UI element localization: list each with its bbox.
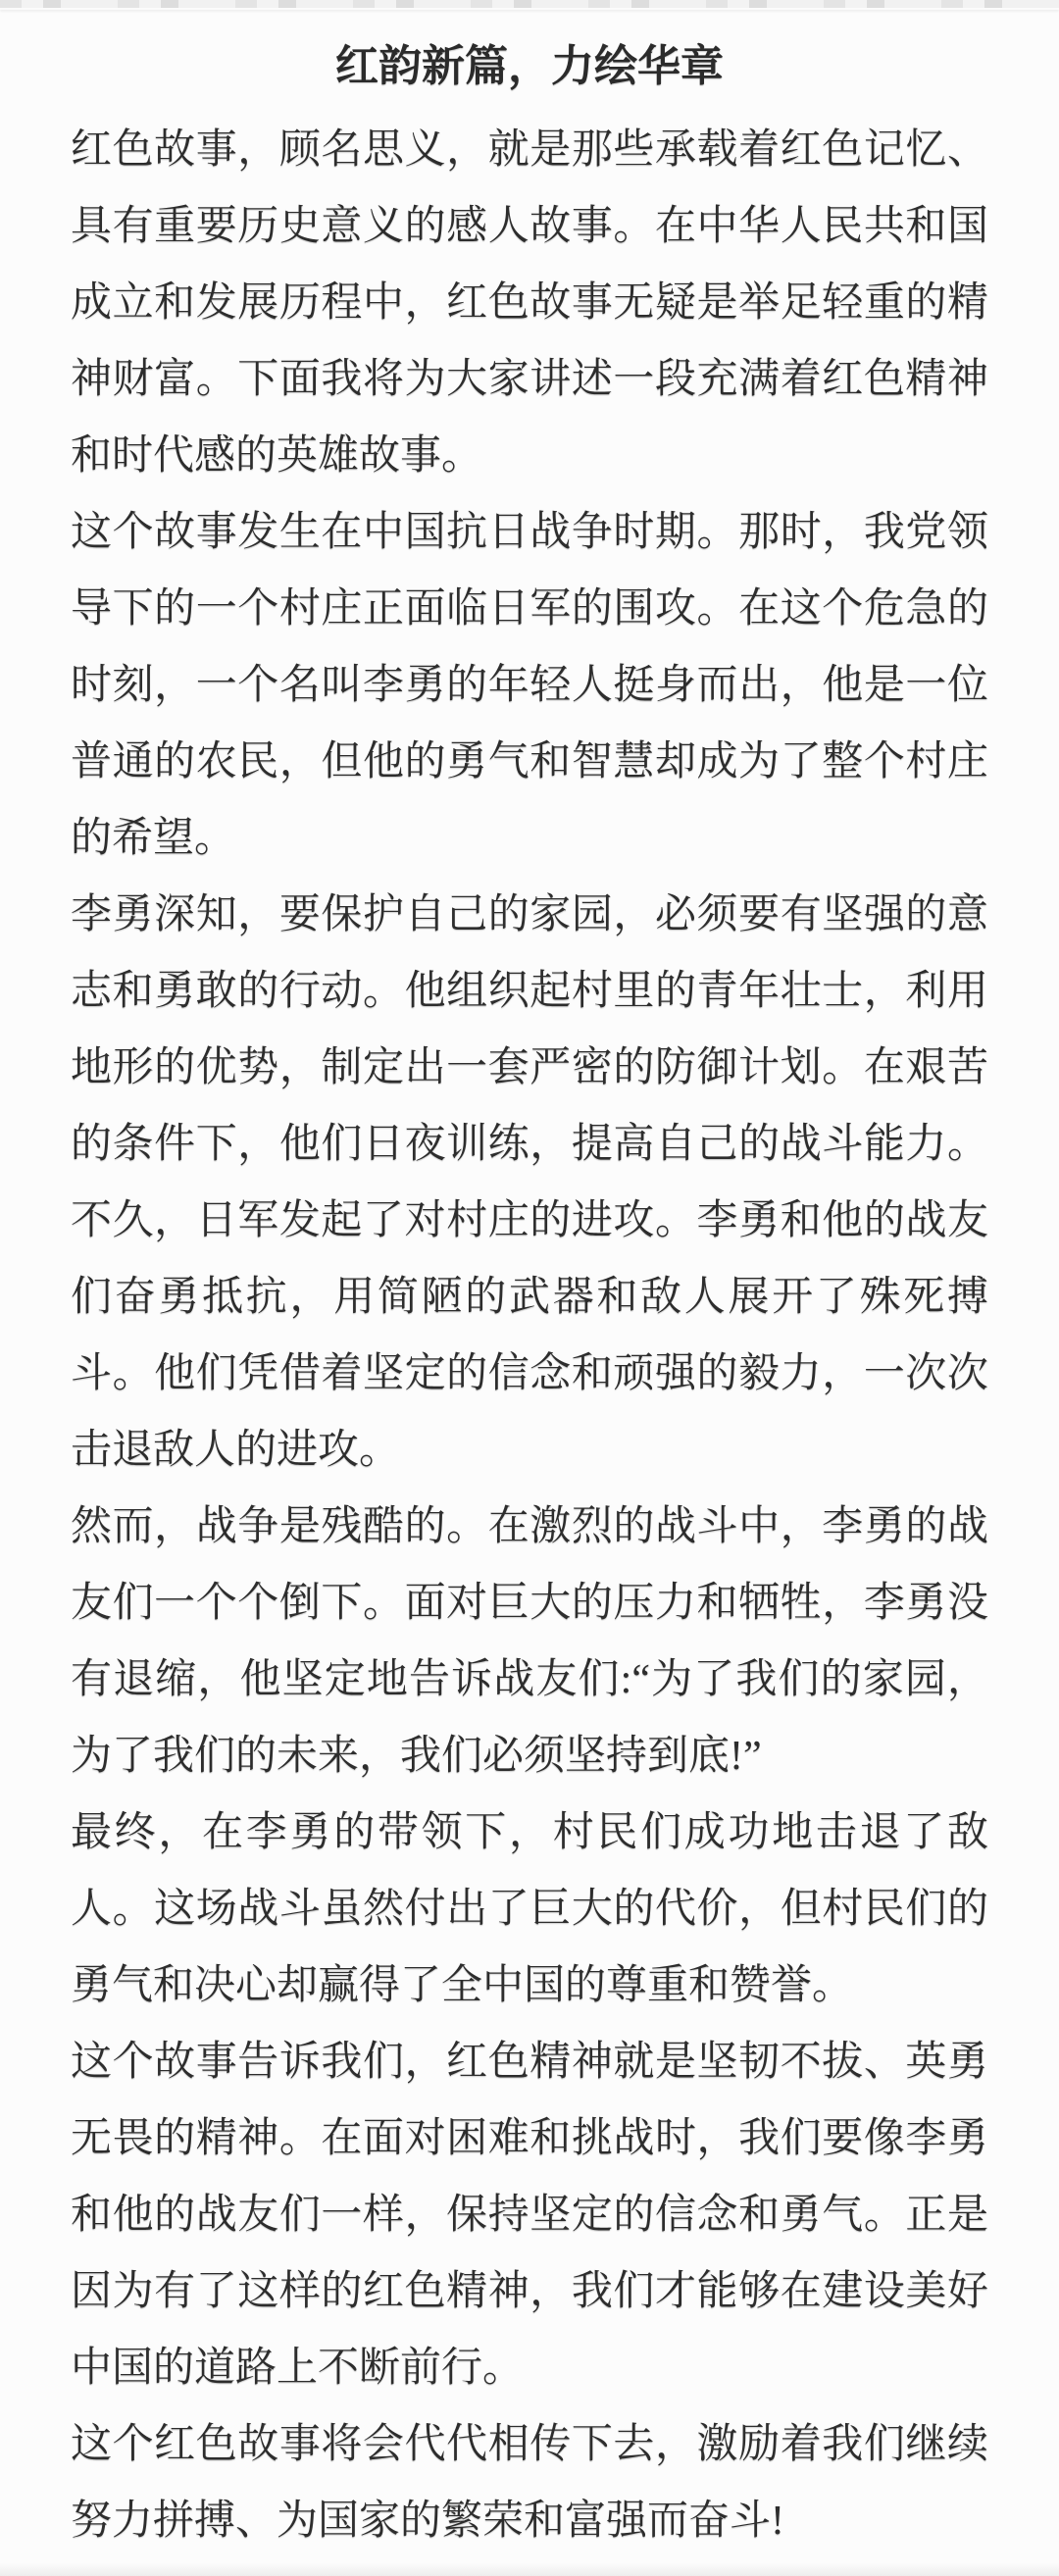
text-line: 成立和发展历程中，红色故事无疑是举足轻重的精 [71, 265, 988, 341]
text-line: 友们一个个倒下。面对巨大的压力和牺牲，李勇没 [71, 1565, 988, 1642]
text-line: 和时代感的英雄故事。 [71, 418, 988, 494]
paragraph-6: 最终，在李勇的带领下，村民们成功地击退了敌 人。这场战斗虽然付出了巨大的代价，但… [71, 1794, 988, 2024]
paragraph-1: 红色故事，顾名思义，就是那些承载着红色记忆、 具有重要历史意义的感人故事。在中华… [71, 112, 988, 494]
text-line: 这个故事告诉我们，红色精神就是坚韧不拔、英勇 [71, 2024, 988, 2100]
text-line: 导下的一个村庄正面临日军的围攻。在这个危急的 [71, 571, 988, 647]
paragraph-8: 这个红色故事将会代代相传下去，激励着我们继续 努力拼搏、为国家的繁荣和富强而奋斗… [71, 2406, 988, 2559]
text-line: 击退敌人的进攻。 [71, 1412, 988, 1489]
text-line: 不久，日军发起了对村庄的进攻。李勇和他的战友 [71, 1183, 988, 1259]
text-line: 们奋勇抵抗，用简陋的武器和敌人展开了殊死搏 [71, 1259, 988, 1336]
essay-title: 红韵新篇，力绘华章 [71, 37, 988, 96]
text-line: 具有重要历史意义的感人故事。在中华人民共和国 [71, 188, 988, 265]
text-line: 地形的优势，制定出一套严密的防御计划。在艰苦 [71, 1030, 988, 1106]
text-line: 时刻，一个名叫李勇的年轻人挺身而出，他是一位 [71, 647, 988, 724]
text-line: 和他的战友们一样，保持坚定的信念和勇气。正是 [71, 2177, 988, 2253]
text-line: 神财富。下面我将为大家讲述一段充满着红色精神 [71, 341, 988, 418]
text-line: 的希望。 [71, 800, 988, 877]
text-line: 红色故事，顾名思义，就是那些承载着红色记忆、 [71, 112, 988, 188]
text-line: 的条件下，他们日夜训练，提高自己的战斗能力。 [71, 1106, 988, 1183]
text-line: 普通的农民，但他的勇气和智慧却成为了整个村庄 [71, 724, 988, 800]
text-line: 勇气和决心却赢得了全中国的尊重和赞誉。 [71, 1947, 988, 2024]
text-line: 努力拼搏、为国家的繁荣和富强而奋斗! [71, 2483, 988, 2559]
text-line: 无畏的精神。在面对困难和挑战时，我们要像李勇 [71, 2100, 988, 2177]
page-bottom-edge [0, 2562, 1059, 2576]
text-line: 斗。他们凭借着坚定的信念和顽强的毅力，一次次 [71, 1336, 988, 1412]
text-line: 最终，在李勇的带领下，村民们成功地击退了敌 [71, 1794, 988, 1871]
text-line: 志和勇敢的行动。他组织起村里的青年壮士，利用 [71, 953, 988, 1030]
text-line: 李勇深知，要保护自己的家园，必须要有坚强的意 [71, 877, 988, 953]
paragraph-2: 这个故事发生在中国抗日战争时期。那时，我党领 导下的一个村庄正面临日军的围攻。在… [71, 494, 988, 877]
essay-body: 红色故事，顾名思义，就是那些承载着红色记忆、 具有重要历史意义的感人故事。在中华… [71, 112, 988, 2559]
document-page: 红韵新篇，力绘华章 红色故事，顾名思义，就是那些承载着红色记忆、 具有重要历史意… [0, 0, 1059, 2576]
page-top-edge-texture [0, 0, 1059, 10]
paragraph-3: 李勇深知，要保护自己的家园，必须要有坚强的意 志和勇敢的行动。他组织起村里的青年… [71, 877, 988, 1183]
text-line: 有退缩，他坚定地告诉战友们:“为了我们的家园， [71, 1642, 988, 1718]
text-line: 然而，战争是残酷的。在激烈的战斗中，李勇的战 [71, 1489, 988, 1565]
paragraph-4: 不久，日军发起了对村庄的进攻。李勇和他的战友 们奋勇抵抗，用简陋的武器和敌人展开… [71, 1183, 988, 1489]
paragraph-7: 这个故事告诉我们，红色精神就是坚韧不拔、英勇 无畏的精神。在面对困难和挑战时，我… [71, 2024, 988, 2406]
text-line: 人。这场战斗虽然付出了巨大的代价，但村民们的 [71, 1871, 988, 1947]
paragraph-5: 然而，战争是残酷的。在激烈的战斗中，李勇的战 友们一个个倒下。面对巨大的压力和牺… [71, 1489, 988, 1794]
text-line: 这个故事发生在中国抗日战争时期。那时，我党领 [71, 494, 988, 571]
page-top-edge [0, 0, 1059, 14]
text-line: 因为有了这样的红色精神，我们才能够在建设美好 [71, 2253, 988, 2330]
text-line: 为了我们的未来，我们必须坚持到底!” [71, 1718, 988, 1794]
text-line: 中国的道路上不断前行。 [71, 2330, 988, 2406]
text-line: 这个红色故事将会代代相传下去，激励着我们继续 [71, 2406, 988, 2483]
